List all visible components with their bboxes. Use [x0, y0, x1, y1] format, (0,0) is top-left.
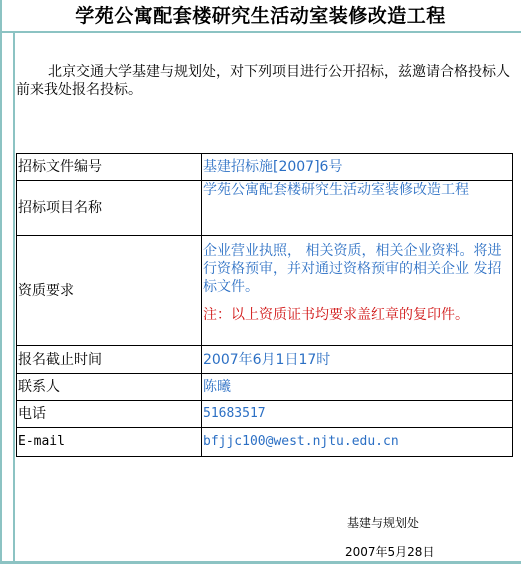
label-qualifications: 资质要求: [17, 236, 202, 346]
table-row-phone: 电话 51683517: [17, 401, 513, 428]
value-phone: 51683517: [202, 401, 513, 428]
label-phone: 电话: [17, 401, 202, 428]
table-row-qualifications: 资质要求 企业营业执照， 相关资质，相关企业资料。将进行资格预审，并对通过资格预…: [17, 236, 513, 346]
frame-left-border: [0, 0, 2, 564]
table-row-document-number: 招标文件编号 基建招标施[2007]6号: [17, 154, 513, 181]
label-contact: 联系人: [17, 374, 202, 401]
title-divider: [0, 31, 521, 33]
value-email[interactable]: bfjjc100@west.njtu.edu.cn: [202, 428, 513, 457]
table-row-email: E-mail bfjjc100@west.njtu.edu.cn: [17, 428, 513, 457]
label-email: E-mail: [17, 428, 202, 457]
qualifications-text: 企业营业执照， 相关资质，相关企业资料。将进行资格预审，并对通过资格预审的相关企…: [203, 236, 511, 296]
page-title: 学苑公寓配套楼研究生活动室装修改造工程: [0, 2, 521, 30]
signature-date: 2007年5月28日: [345, 543, 434, 560]
label-document-number: 招标文件编号: [17, 154, 202, 181]
value-project-name: 学苑公寓配套楼研究生活动室装修改造工程: [202, 181, 513, 236]
value-document-number: 基建招标施[2007]6号: [202, 154, 513, 181]
table-row-deadline: 报名截止时间 2007年6月1日17时: [17, 346, 513, 374]
value-contact: 陈曦: [202, 374, 513, 401]
intro-paragraph: 北京交通大学基建与规划处，对下列项目进行公开招标，兹邀请合格投标人前来我处报名投…: [16, 63, 516, 99]
value-qualifications: 企业营业执照， 相关资质，相关企业资料。将进行资格预审，并对通过资格预审的相关企…: [202, 236, 513, 346]
frame-inner-left-border: [13, 31, 15, 564]
label-deadline: 报名截止时间: [17, 346, 202, 374]
tender-info-table: 招标文件编号 基建招标施[2007]6号 招标项目名称 学苑公寓配套楼研究生活动…: [16, 153, 513, 457]
label-project-name: 招标项目名称: [17, 181, 202, 236]
signature-organization: 基建与规划处: [347, 514, 419, 531]
table-row-project-name: 招标项目名称 学苑公寓配套楼研究生活动室装修改造工程: [17, 181, 513, 236]
table-row-contact: 联系人 陈曦: [17, 374, 513, 401]
qualifications-note: 注：以上资质证书均要求盖红章的复印件。: [203, 306, 511, 324]
value-deadline: 2007年6月1日17时: [202, 346, 513, 374]
